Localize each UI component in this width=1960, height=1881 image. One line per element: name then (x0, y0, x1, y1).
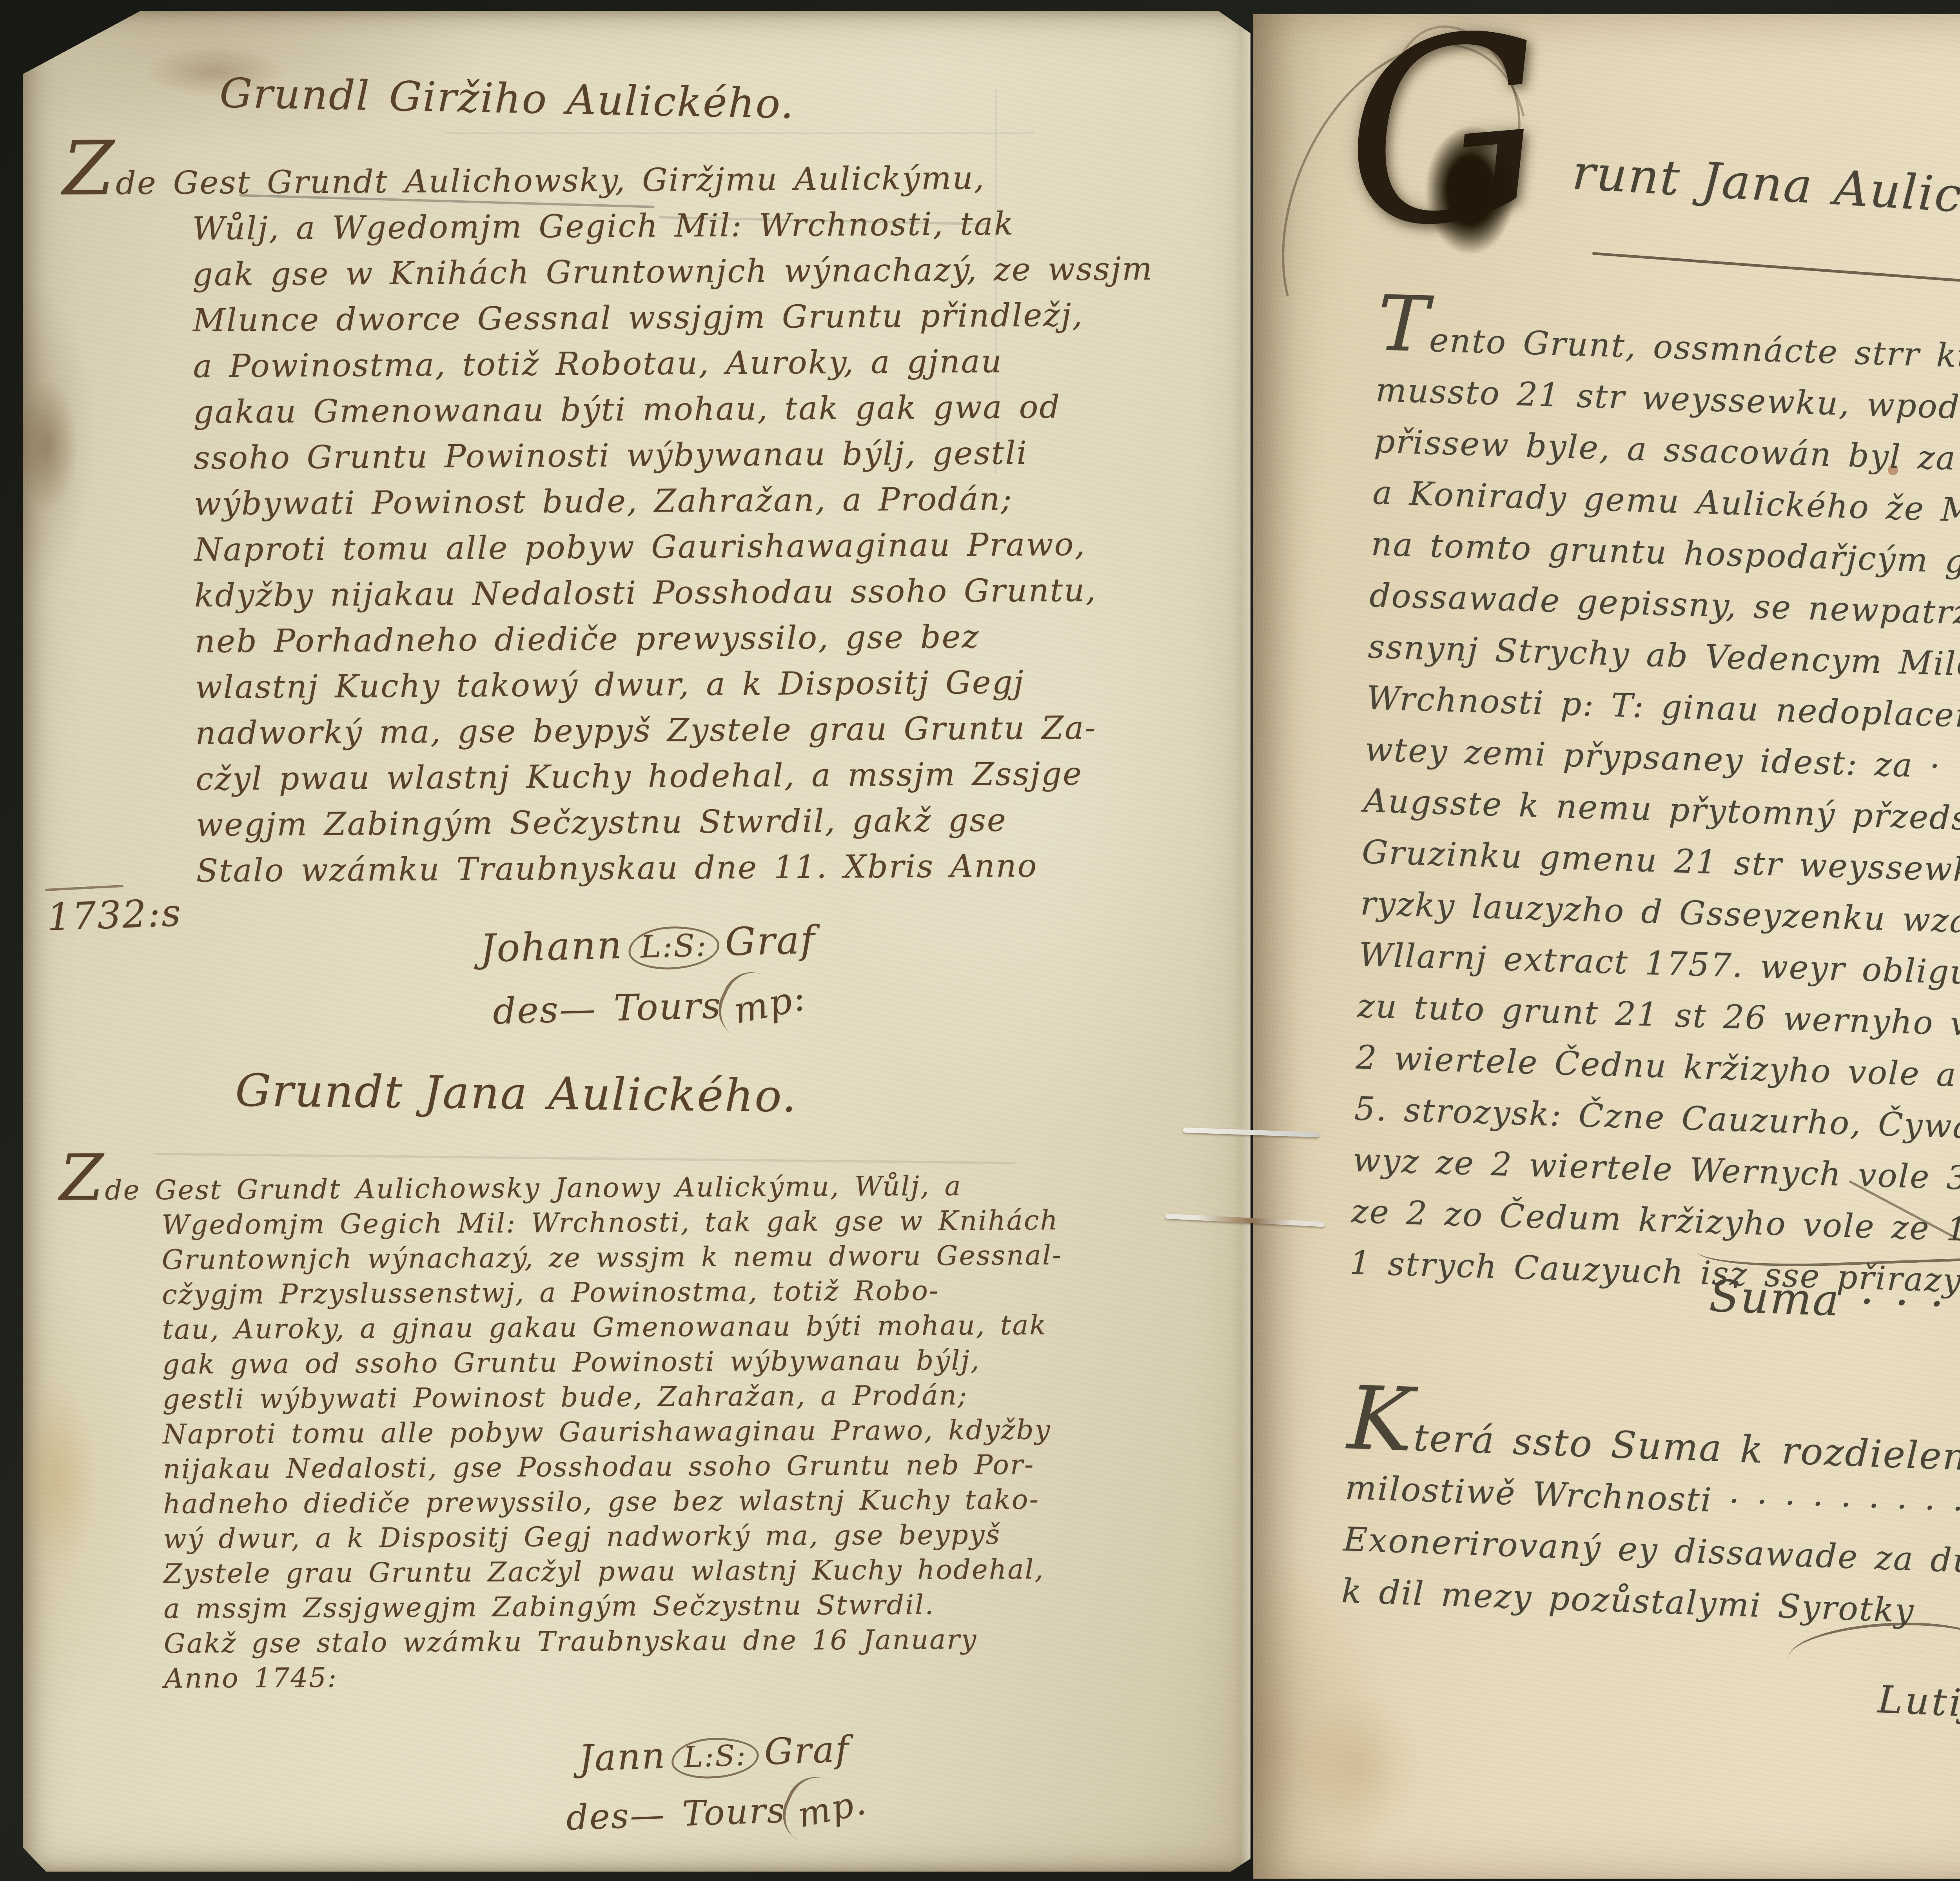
text-line: Stalo wzámku Traubnyskau dne 11. Xbris A… (196, 841, 1376, 894)
text-line: wý dwur, a k Dispositj Gegj nadworký ma,… (163, 1516, 1355, 1557)
text-line: gestli wýbywati Powinost bude, Zahražan,… (162, 1376, 1354, 1417)
distribution-note: Která ssto Suma k rozdielenj ta tiž: mil… (1341, 1394, 1960, 1653)
text-line: Gakž gse stalo wzámku Traubnyskau dne 16… (164, 1620, 1356, 1661)
signer-title: Graf (764, 1728, 851, 1773)
text-line: Anno 1745: (164, 1655, 1356, 1696)
text-line: cžyl pwau wlastnj Kuchy hodehal, a mssjm… (196, 750, 1376, 803)
dotted-leader: · · · · · · · · (1859, 1276, 1960, 1336)
signer-name: Johann (479, 923, 623, 971)
text-line: hadneho diediče prewyssilo, gse bez wlas… (163, 1481, 1355, 1522)
entry-year-1732: 1732:s (46, 891, 183, 939)
text-line: wýbywati Powinost bude, Zahražan, a Prod… (194, 474, 1374, 527)
gutter-stain (1276, 1672, 1441, 1861)
text-line: Naproti tomu alle pobyw Gaurishawaginau … (194, 520, 1374, 573)
signature-block-1732: JohannL:S:Graf des— Toursmp: (383, 915, 915, 1035)
scanned-manuscript-spread: „9.‴ Grundl Giržiho Aulického. Zde Gest … (0, 0, 1960, 1881)
signer-title: Graf (724, 918, 817, 965)
text-line: Wůlj, a Wgedomjm Gegich Mil: Wrchnosti, … (192, 199, 1372, 252)
text-line: gakau Gmenowanau býti mohau, tak gak gwa… (193, 383, 1374, 436)
signer-name: Jann (578, 1734, 667, 1779)
right-entry-body: Tento Grunt, ossmnácte strr kterž kultu-… (1349, 303, 1960, 1318)
signer-family: des— Tours (492, 984, 722, 1032)
text-line: a mssjm Zssjgwegjm Zabingým Sečzystnu St… (163, 1585, 1355, 1627)
mid-heading: Grundt Jana Aulického. (235, 1064, 797, 1122)
text-line: tau, Auroky, a gjnau gakau Gmenowanau bý… (162, 1306, 1354, 1347)
text-line: Zystele grau Gruntu Zacžyl pwau wlastnj … (163, 1551, 1355, 1592)
text-line: nijakau Nedalosti, gse Posshodau ssoho G… (163, 1446, 1354, 1487)
locus-sigilli-seal: L:S: (628, 925, 720, 970)
text-line: Zde Gest Grundt Aulichowsky, Giržjmu Aul… (62, 140, 1372, 207)
text-line: kdyžby nijakau Nedalosti Posshodau ssoho… (194, 566, 1375, 619)
text-line: gak gwa od ssoho Gruntu Powinosti wýbywa… (162, 1341, 1354, 1382)
text-line: gak gse w Knihách Gruntownjch wýnachazý,… (192, 245, 1373, 298)
text-line: ssoho Gruntu Powinosti wýbywanau býlj, g… (194, 428, 1374, 481)
signer-family: des— Tours (566, 1790, 787, 1838)
show-through-rule (446, 133, 1034, 134)
signature-block-1745: JannL:S:Graf des— Toursmp. (449, 1724, 982, 1842)
text-line: cžygjm Przyslussenstwj, a Powinostma, to… (162, 1271, 1354, 1313)
text-line: Mlunce dworce Gessnal wssjgjm Gruntu při… (193, 291, 1373, 344)
suma-label: Suma (1708, 1271, 1841, 1326)
manu-propria-flourish: mp: (730, 976, 810, 1032)
manu-propria-flourish: mp. (794, 1781, 870, 1835)
text-line: Zde Gest Grundt Aulichowsky Janowy Aulic… (59, 1154, 1353, 1208)
text-line: wegjm Zabingým Sečzystnu Stwrdil, gakž g… (196, 795, 1376, 848)
text-line: neb Porhadneho diediče prewyssilo, gse b… (195, 612, 1375, 665)
text-line: nadworký ma, gse beypyš Zystele grau Gru… (195, 704, 1376, 757)
text-line: wlastnj Kuchy takowý dwur, a k Dispositj… (195, 658, 1375, 711)
locus-sigilli-seal: L:S: (671, 1736, 760, 1780)
text-line: Naproti tomu alle pobyw Gaurishawaginau … (163, 1411, 1354, 1452)
left-entry-1745-paragraph: Zde Gest Grundt Aulichowsky Janowy Aulic… (32, 1154, 1356, 1697)
text-line: Gruntownjch wýnachazý, ze wssjm k nemu d… (162, 1236, 1354, 1278)
left-entry-1732-paragraph: Zde Gest Grundt Aulichowsky, Giržjmu Aul… (35, 140, 1376, 895)
text-line: Wgedomjm Gegich Mil: Wrchnosti, tak gak … (162, 1202, 1353, 1243)
text-line: a Powinostma, totiž Robotau, Auroky, a g… (193, 337, 1373, 390)
